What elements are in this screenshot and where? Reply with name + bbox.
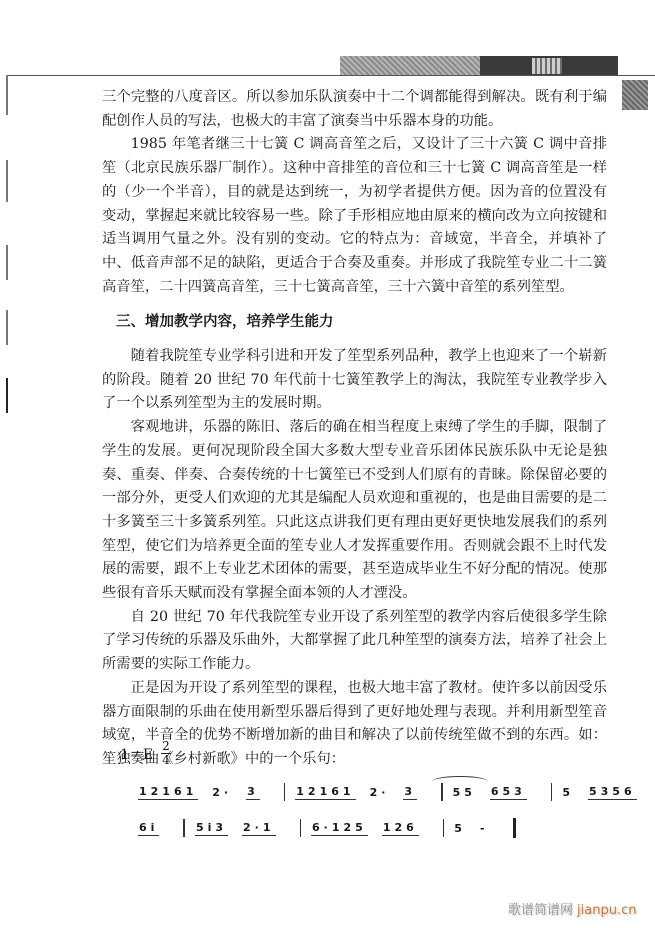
paragraph: 1985 年笔者继三十七簧 C 调高音笙之后，又设计了三十六簧 C 调中音排笙（… [102,133,607,299]
note-group: 2· [370,786,390,799]
note-group: 5 [562,786,574,799]
key-signature: 1＝E 2 4 [120,740,171,767]
note-group: 5356 [588,785,637,800]
page-edge-mark [6,310,8,345]
note-group: 5i3 [195,821,228,836]
note-group: 12161 [138,785,198,800]
score-line-2: 6i5i32·16·1251265- [138,818,516,838]
key-label: 1＝E [120,744,153,764]
paragraph: 随着我院笙专业学科引进和开发了笙型系列品种，教学上也迎来了一个崭新的阶段。随着 … [102,345,607,416]
final-barline [513,818,516,838]
note-group: 12161 [295,785,355,800]
page-edge-mark [6,378,8,413]
paragraph: 三个完整的八度音区。所以参加乐队演奏中十二个调都能得到解决。既有利于编配创作人员… [102,86,607,133]
barline [300,819,302,837]
header-rule [6,75,655,76]
watermark: 歌谱简谱网jianpu.cn [508,899,636,918]
slur-mark [432,776,488,787]
paragraph: 客观地讲，乐器的陈旧、落后的确在相当程度上束缚了学生的手脚，限制了学生的发展。更… [102,416,607,606]
note-group: 653 [490,785,527,800]
barline [443,819,445,837]
barline [284,783,286,801]
page-edge-mark [6,245,8,280]
paragraph: 正是因为开设了系列笙型的课程，也极大地丰富了教材。使许多以前因受乐器方面限制的乐… [102,677,607,772]
note-group: 3 [403,785,417,800]
section-heading: 三、增加教学内容，培养学生能力 [116,311,607,335]
note-group: 3 [246,785,260,800]
note-group: - [480,822,489,835]
barline [551,783,553,801]
note-group: 55 [453,786,476,799]
note-group: 6·125 [311,821,368,836]
running-head-band [340,56,480,76]
thumb-tab [622,80,648,110]
time-signature: 2 4 [161,740,171,767]
score-line-1: 121612·3121612·35565355356 [138,782,655,802]
page-edge-mark [6,75,8,115]
note-group: 2·1 [242,821,276,836]
paragraph: 自 20 世纪 70 年代我院笙专业开设了系列笙型的教学内容后使很多学生除了学习… [102,606,607,677]
running-head-mark [532,58,562,74]
note-group: 2· [212,786,232,799]
note-group: 126 [382,821,419,836]
note-group: 5 [454,822,466,835]
note-group: 6i [138,821,159,836]
barline [183,819,185,837]
page-edge-mark [6,160,8,202]
body-text: 三个完整的八度音区。所以参加乐队演奏中十二个调都能得到解决。既有利于编配创作人员… [102,86,607,772]
